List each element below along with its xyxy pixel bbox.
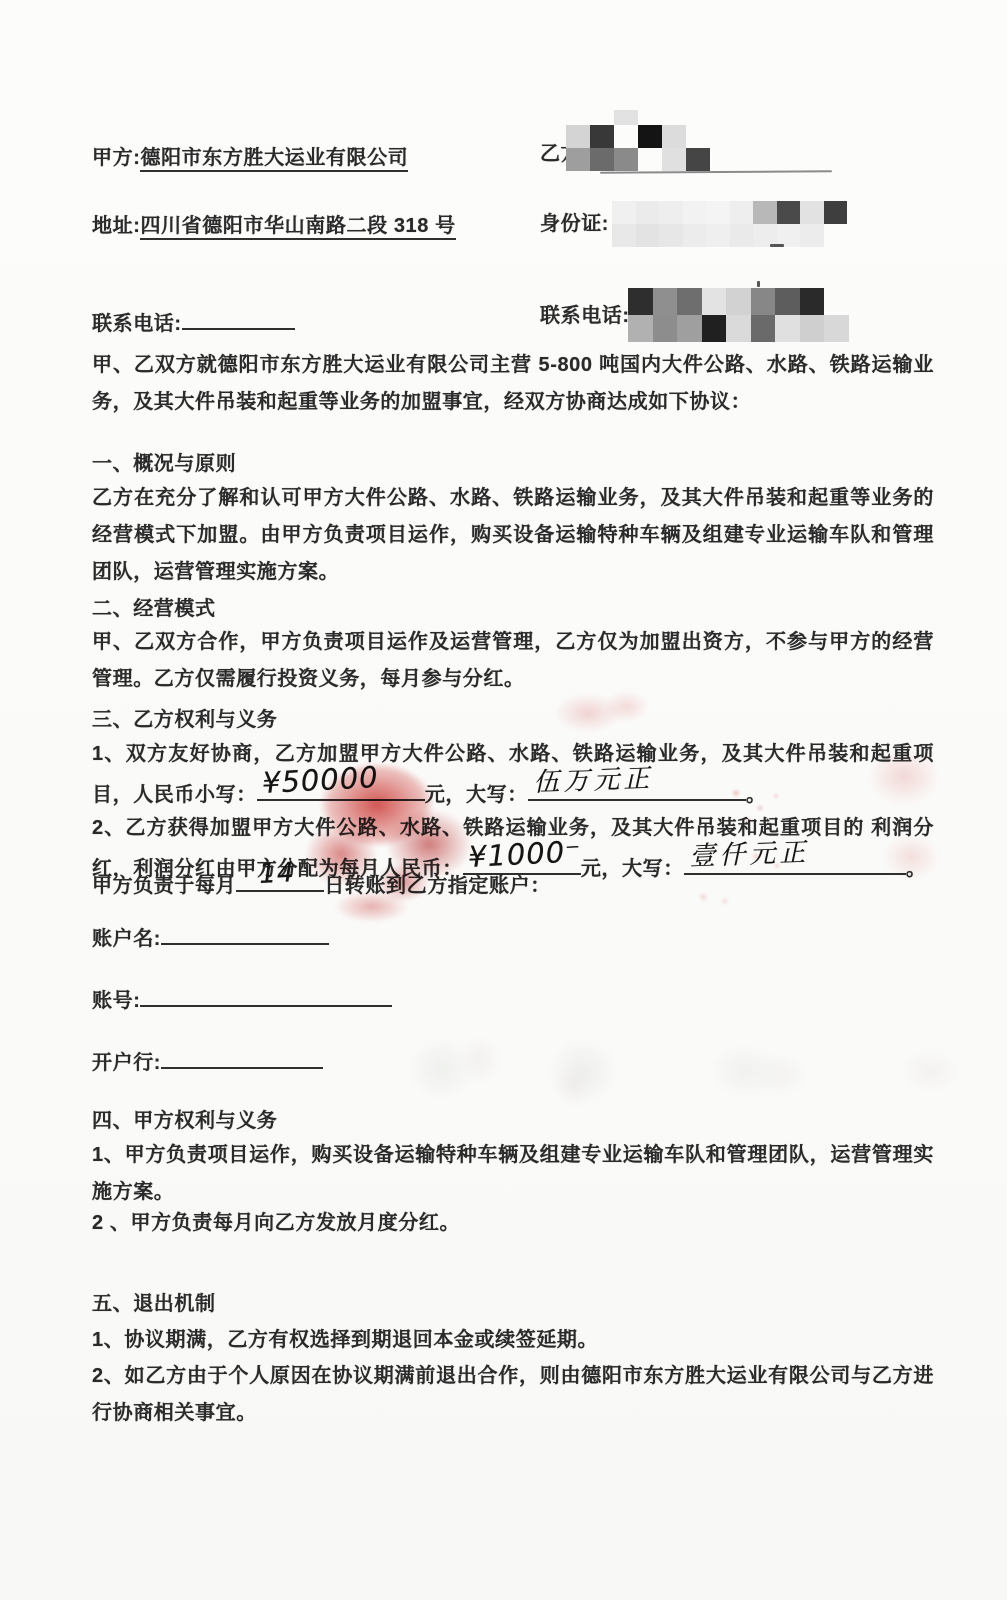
- address-field: 地址:四川省德阳市华山南路二段 318 号: [92, 208, 456, 245]
- address-value: 四川省德阳市华山南路二段 318 号: [140, 215, 455, 240]
- handwritten-dividend-capital: 壹仟元正: [689, 835, 810, 876]
- transfer-day-blank: 14: [236, 864, 324, 892]
- phone-a-label: 联系电话:: [92, 313, 182, 335]
- party-a-label: 甲方:: [92, 147, 140, 169]
- dividend-capital-blank: 壹仟元正: [684, 847, 906, 875]
- bank-branch-field: 开户行:: [92, 1041, 323, 1082]
- intro-paragraph: 甲、乙双方就德阳市东方胜大运业有限公司主营 5-800 吨国内大件公路、水路、铁…: [92, 347, 934, 421]
- clause2-mid-text: 元，大写：: [581, 858, 684, 880]
- account-name-field: 账户名:: [92, 917, 329, 958]
- party-a-name: 德阳市东方胜大运业有限公司: [140, 147, 408, 172]
- clause2-end: 。: [906, 858, 927, 880]
- section4-item2: 2 、甲方负责每月向乙方发放月度分红。: [92, 1205, 460, 1242]
- transfer-post-text: 日转账到乙方指定账户：: [324, 875, 551, 897]
- address-label: 地址:: [92, 215, 140, 237]
- account-name-label: 账户名:: [92, 928, 161, 950]
- transfer-day-line: 甲方负责于每月14日转账到乙方指定账户：: [92, 864, 551, 905]
- section5-item2: 2、如乙方由于个人原因在协议期满前退出合作，则由德阳市东方胜大运业有限公司与乙方…: [92, 1358, 934, 1432]
- id-card-label: 身份证:: [540, 213, 609, 235]
- id-card-field: 身份证:: [540, 206, 609, 243]
- account-no-label: 账号:: [92, 990, 140, 1012]
- account-no-field: 账号:: [92, 979, 392, 1020]
- party-a-field: 甲方:德阳市东方胜大运业有限公司: [92, 140, 408, 177]
- section3-title: 三、乙方权利与义务: [92, 702, 277, 739]
- section2-title: 二、经营模式: [92, 591, 216, 628]
- bleedthrough-smudge-1: [398, 1018, 506, 1110]
- handwritten-amount-numeric: ¥50000: [261, 759, 379, 802]
- section1-body: 乙方在充分了解和认可甲方大件公路、水路、铁路运输业务，及其大件吊装和起重等业务的…: [92, 480, 934, 591]
- phone-a-field: 联系电话:: [92, 302, 295, 343]
- bleedthrough-smudge-4: [888, 1040, 972, 1102]
- clause1-end: 。: [746, 784, 767, 806]
- handwritten-amount-capital: 伍万元正: [533, 761, 654, 802]
- transfer-pre-text: 甲方负责于每月: [92, 875, 236, 897]
- amount-numeric-blank: ¥50000: [257, 773, 425, 801]
- scan-artifact-dash: [770, 244, 784, 247]
- party-b-redaction-mosaic: [566, 110, 758, 171]
- section4-title: 四、甲方权利与义务: [92, 1103, 277, 1140]
- party-b-signature-line: [600, 170, 832, 173]
- section4-item1: 1、甲方负责项目运作，购买设备运输特种车辆及组建专业运输车队和管理团队，运营管理…: [92, 1137, 934, 1211]
- amount-capital-blank: 伍万元正: [528, 773, 746, 801]
- account-no-blank: [140, 979, 392, 1007]
- section3-clause1: 1、双方友好协商，乙方加盟甲方大件公路、水路、铁路运输业务，及其大件吊装和起重项…: [92, 736, 934, 814]
- bank-branch-label: 开户行:: [92, 1052, 161, 1074]
- scanned-contract-page: 甲方:德阳市东方胜大运业有限公司 乙方: 地址:四川省德阳市华山南路二段 318…: [0, 0, 1007, 1600]
- handwritten-transfer-day: 14: [258, 854, 295, 893]
- section5-title: 五、退出机制: [92, 1286, 216, 1323]
- section2-body: 甲、乙双方合作，甲方负责项目运作及运营管理，乙方仅为加盟出资方，不参与甲方的经营…: [92, 624, 934, 698]
- scan-artifact-dot: [757, 281, 760, 287]
- account-name-blank: [161, 917, 329, 945]
- bleedthrough-smudge-3: [693, 1032, 811, 1110]
- clause1-mid-text: 元，大写：: [425, 784, 528, 806]
- phone-b-label: 联系电话:: [540, 305, 630, 327]
- phone-b-redaction-mosaic: [628, 288, 849, 342]
- bank-branch-blank: [161, 1041, 323, 1069]
- section5-item1: 1、协议期满，乙方有权选择到期退回本金或续签延期。: [92, 1322, 598, 1359]
- phone-b-field: 联系电话:: [540, 298, 630, 335]
- bleedthrough-smudge-2: [533, 1018, 633, 1114]
- section1-title: 一、概况与原则: [92, 446, 236, 483]
- phone-a-blank: [182, 302, 295, 330]
- id-card-redaction-mosaic: [612, 201, 847, 247]
